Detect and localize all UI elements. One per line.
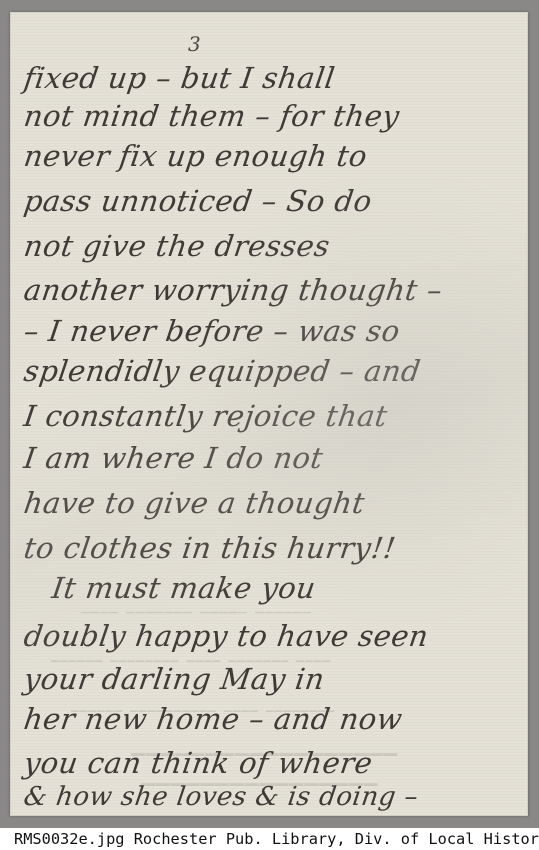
handwritten-line: not mind them – for they — [22, 102, 401, 131]
handwritten-line: have to give a thought — [22, 489, 367, 518]
handwritten-line: fixed up – but I shall — [22, 64, 337, 93]
handwritten-line: I am where I do not — [22, 444, 325, 473]
letter-page: ▔▔▔▔▔▔ ▔▔▔▔▔ ▔▔▔▔▔▔▔ ▔▔▔▔ ▔▔▔▔ ▔▔▔▔▔▔▔ ▔… — [10, 12, 528, 816]
handwritten-line: – I never before – was so — [22, 317, 402, 346]
handwritten-line: pass unnoticed – So do — [22, 187, 374, 216]
page-number: 3 — [188, 32, 201, 56]
handwritten-line: to clothes in this hurry!! — [22, 534, 398, 563]
handwritten-line: you can think of where — [22, 749, 374, 778]
handwritten-line: her new home – and now — [22, 705, 404, 734]
handwritten-line: another worrying thought – — [22, 276, 444, 305]
image-caption-bar: RMS0032e.jpg Rochester Pub. Library, Div… — [0, 828, 539, 850]
handwritten-line: splendidly equipped – and — [22, 357, 422, 386]
handwritten-line: your darling May in — [22, 665, 326, 694]
handwritten-line: not give the dresses — [22, 232, 332, 261]
handwritten-line: doubly happy to have seen — [22, 622, 430, 651]
handwritten-line: It must make you — [50, 574, 318, 603]
scan-frame: ▔▔▔▔▔▔ ▔▔▔▔▔ ▔▔▔▔▔▔▔ ▔▔▔▔ ▔▔▔▔ ▔▔▔▔▔▔▔ ▔… — [0, 0, 539, 828]
handwritten-line: never fix up enough to — [22, 142, 369, 171]
handwritten-line: I constantly rejoice that — [22, 402, 389, 431]
handwritten-line: & how she loves & is doing – — [22, 784, 420, 810]
image-caption: RMS0032e.jpg Rochester Pub. Library, Div… — [14, 830, 539, 848]
